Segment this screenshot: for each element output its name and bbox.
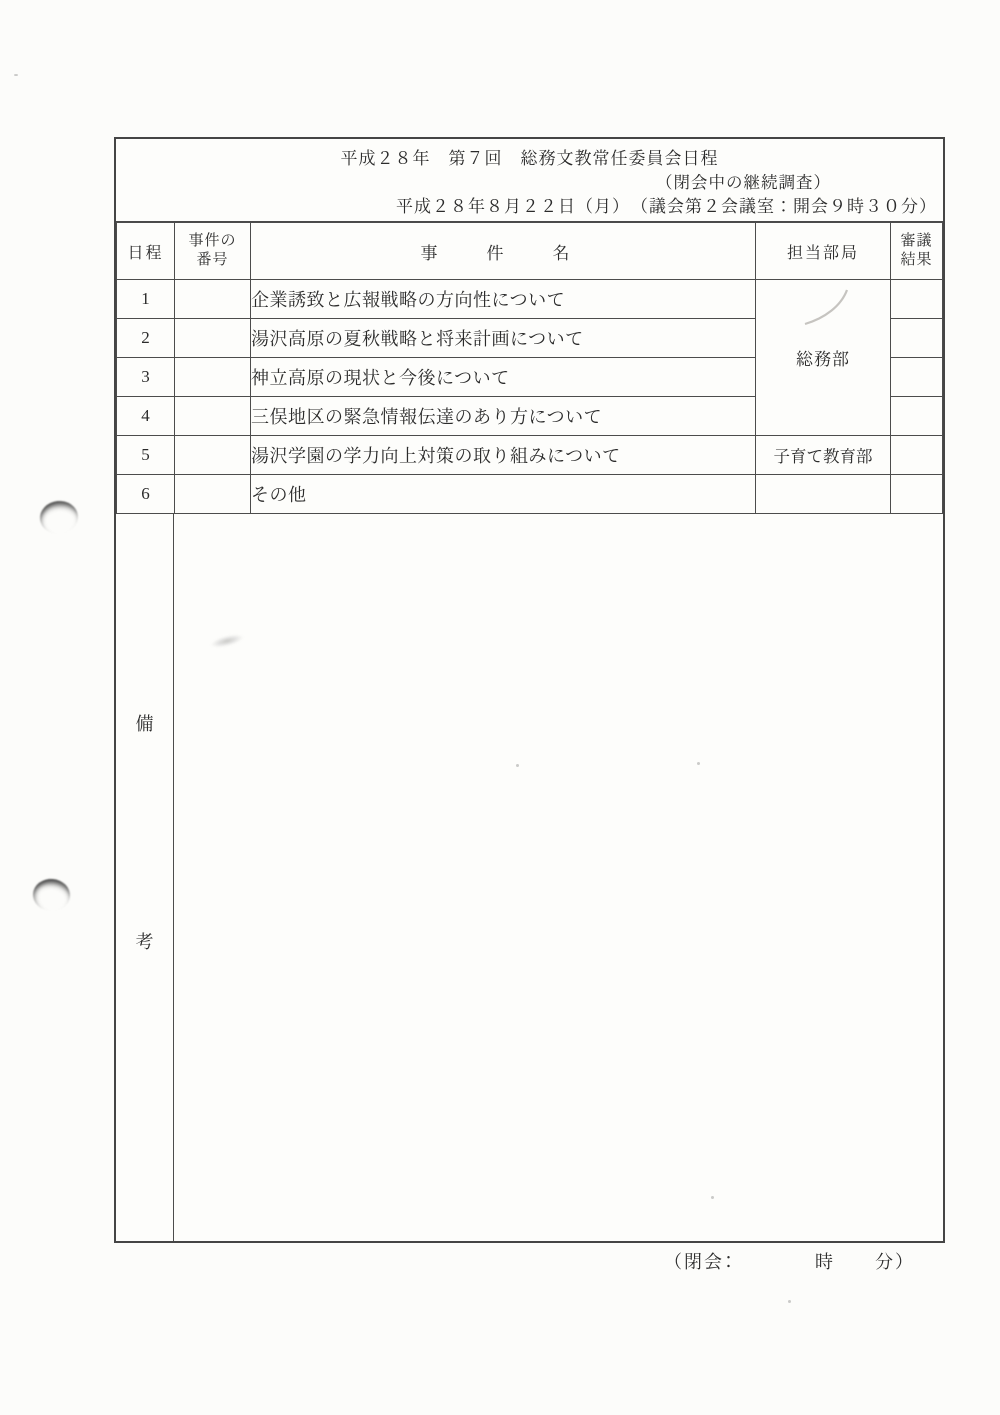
col-header-department: 担当部局	[756, 223, 891, 280]
table-row-5: 5 湯沢学園の学力向上対策の取り組みについて 子育て教育部	[117, 436, 943, 475]
document-subtitle: （閉会中の継続調査）	[116, 171, 943, 195]
result-cell	[891, 358, 943, 397]
case-name-cell: 企業誘致と広報戦略の方向性について	[251, 280, 756, 319]
document-dateline: 平成２８年８月２２日（月） （議会第２会議室：開会９時３０分）	[116, 195, 943, 219]
result-cell	[891, 280, 943, 319]
row-number: 2	[117, 319, 175, 358]
scanned-document-page: 平成２８年 第７回 総務文教常任委員会日程 （閉会中の継続調査） 平成２８年８月…	[0, 0, 1000, 1415]
remarks-empty-cell	[174, 514, 943, 1241]
department-cell	[756, 475, 891, 514]
case-number-cell	[175, 280, 251, 319]
col-header-review-result: 審議 結果	[891, 223, 943, 280]
row-number: 6	[117, 475, 175, 514]
col-header-review-result-line1: 審議	[891, 232, 942, 251]
remarks-label-char-1: 備	[136, 710, 154, 736]
row-number: 1	[117, 280, 175, 319]
document-title: 平成２８年 第７回 総務文教常任委員会日程	[116, 147, 943, 171]
case-name-cell: 湯沢学園の学力向上対策の取り組みについて	[251, 436, 756, 475]
scan-speck	[711, 1196, 714, 1199]
department-cell-merged: 総務部	[756, 280, 891, 436]
case-name-cell: 三俣地区の緊急情報伝達のあり方について	[251, 397, 756, 436]
case-number-cell	[175, 475, 251, 514]
case-number-cell	[175, 319, 251, 358]
result-cell	[891, 475, 943, 514]
committee-schedule-table: 平成２８年 第７回 総務文教常任委員会日程 （閉会中の継続調査） 平成２８年８月…	[114, 137, 945, 1243]
punch-hole-shadow-bottom	[32, 878, 71, 913]
col-header-case-number-line2: 番号	[175, 251, 250, 270]
case-name-cell: 湯沢高原の夏秋戦略と将来計画について	[251, 319, 756, 358]
header-row: 日程 事件の 番号 事 件 名 担当部局 審議 結果	[117, 223, 943, 280]
col-header-case-number: 事件の 番号	[175, 223, 251, 280]
col-header-case-name: 事 件 名	[251, 223, 756, 280]
result-cell	[891, 397, 943, 436]
remarks-label-column: 備 考	[116, 514, 174, 1241]
row-number: 4	[117, 397, 175, 436]
col-header-review-result-line2: 結果	[891, 251, 942, 270]
col-header-case-number-line1: 事件の	[175, 232, 250, 251]
remarks-section: 備 考	[116, 514, 943, 1241]
remarks-label-char-2: 考	[136, 928, 154, 954]
case-number-cell	[175, 436, 251, 475]
result-cell	[891, 319, 943, 358]
result-cell	[891, 436, 943, 475]
row-number: 5	[117, 436, 175, 475]
agenda-table: 日程 事件の 番号 事 件 名 担当部局 審議 結果 1	[116, 222, 943, 514]
case-name-cell: 神立高原の現状と今後について	[251, 358, 756, 397]
document-header: 平成２８年 第７回 総務文教常任委員会日程 （閉会中の継続調査） 平成２８年８月…	[116, 139, 943, 222]
col-header-schedule: 日程	[117, 223, 175, 280]
scan-speck	[697, 762, 700, 765]
row-number: 3	[117, 358, 175, 397]
case-number-cell	[175, 358, 251, 397]
punch-hole-shadow-top	[38, 499, 79, 536]
department-cell: 子育て教育部	[756, 436, 891, 475]
table-row-1: 1 企業誘致と広報戦略の方向性について 総務部	[117, 280, 943, 319]
scan-speck	[14, 74, 18, 76]
case-number-cell	[175, 397, 251, 436]
scan-speck	[516, 764, 519, 767]
table-row-6: 6 その他	[117, 475, 943, 514]
scan-speck	[788, 1300, 791, 1303]
case-name-cell: その他	[251, 475, 756, 514]
closing-time-note: （閉会： 時 分）	[114, 1248, 945, 1274]
